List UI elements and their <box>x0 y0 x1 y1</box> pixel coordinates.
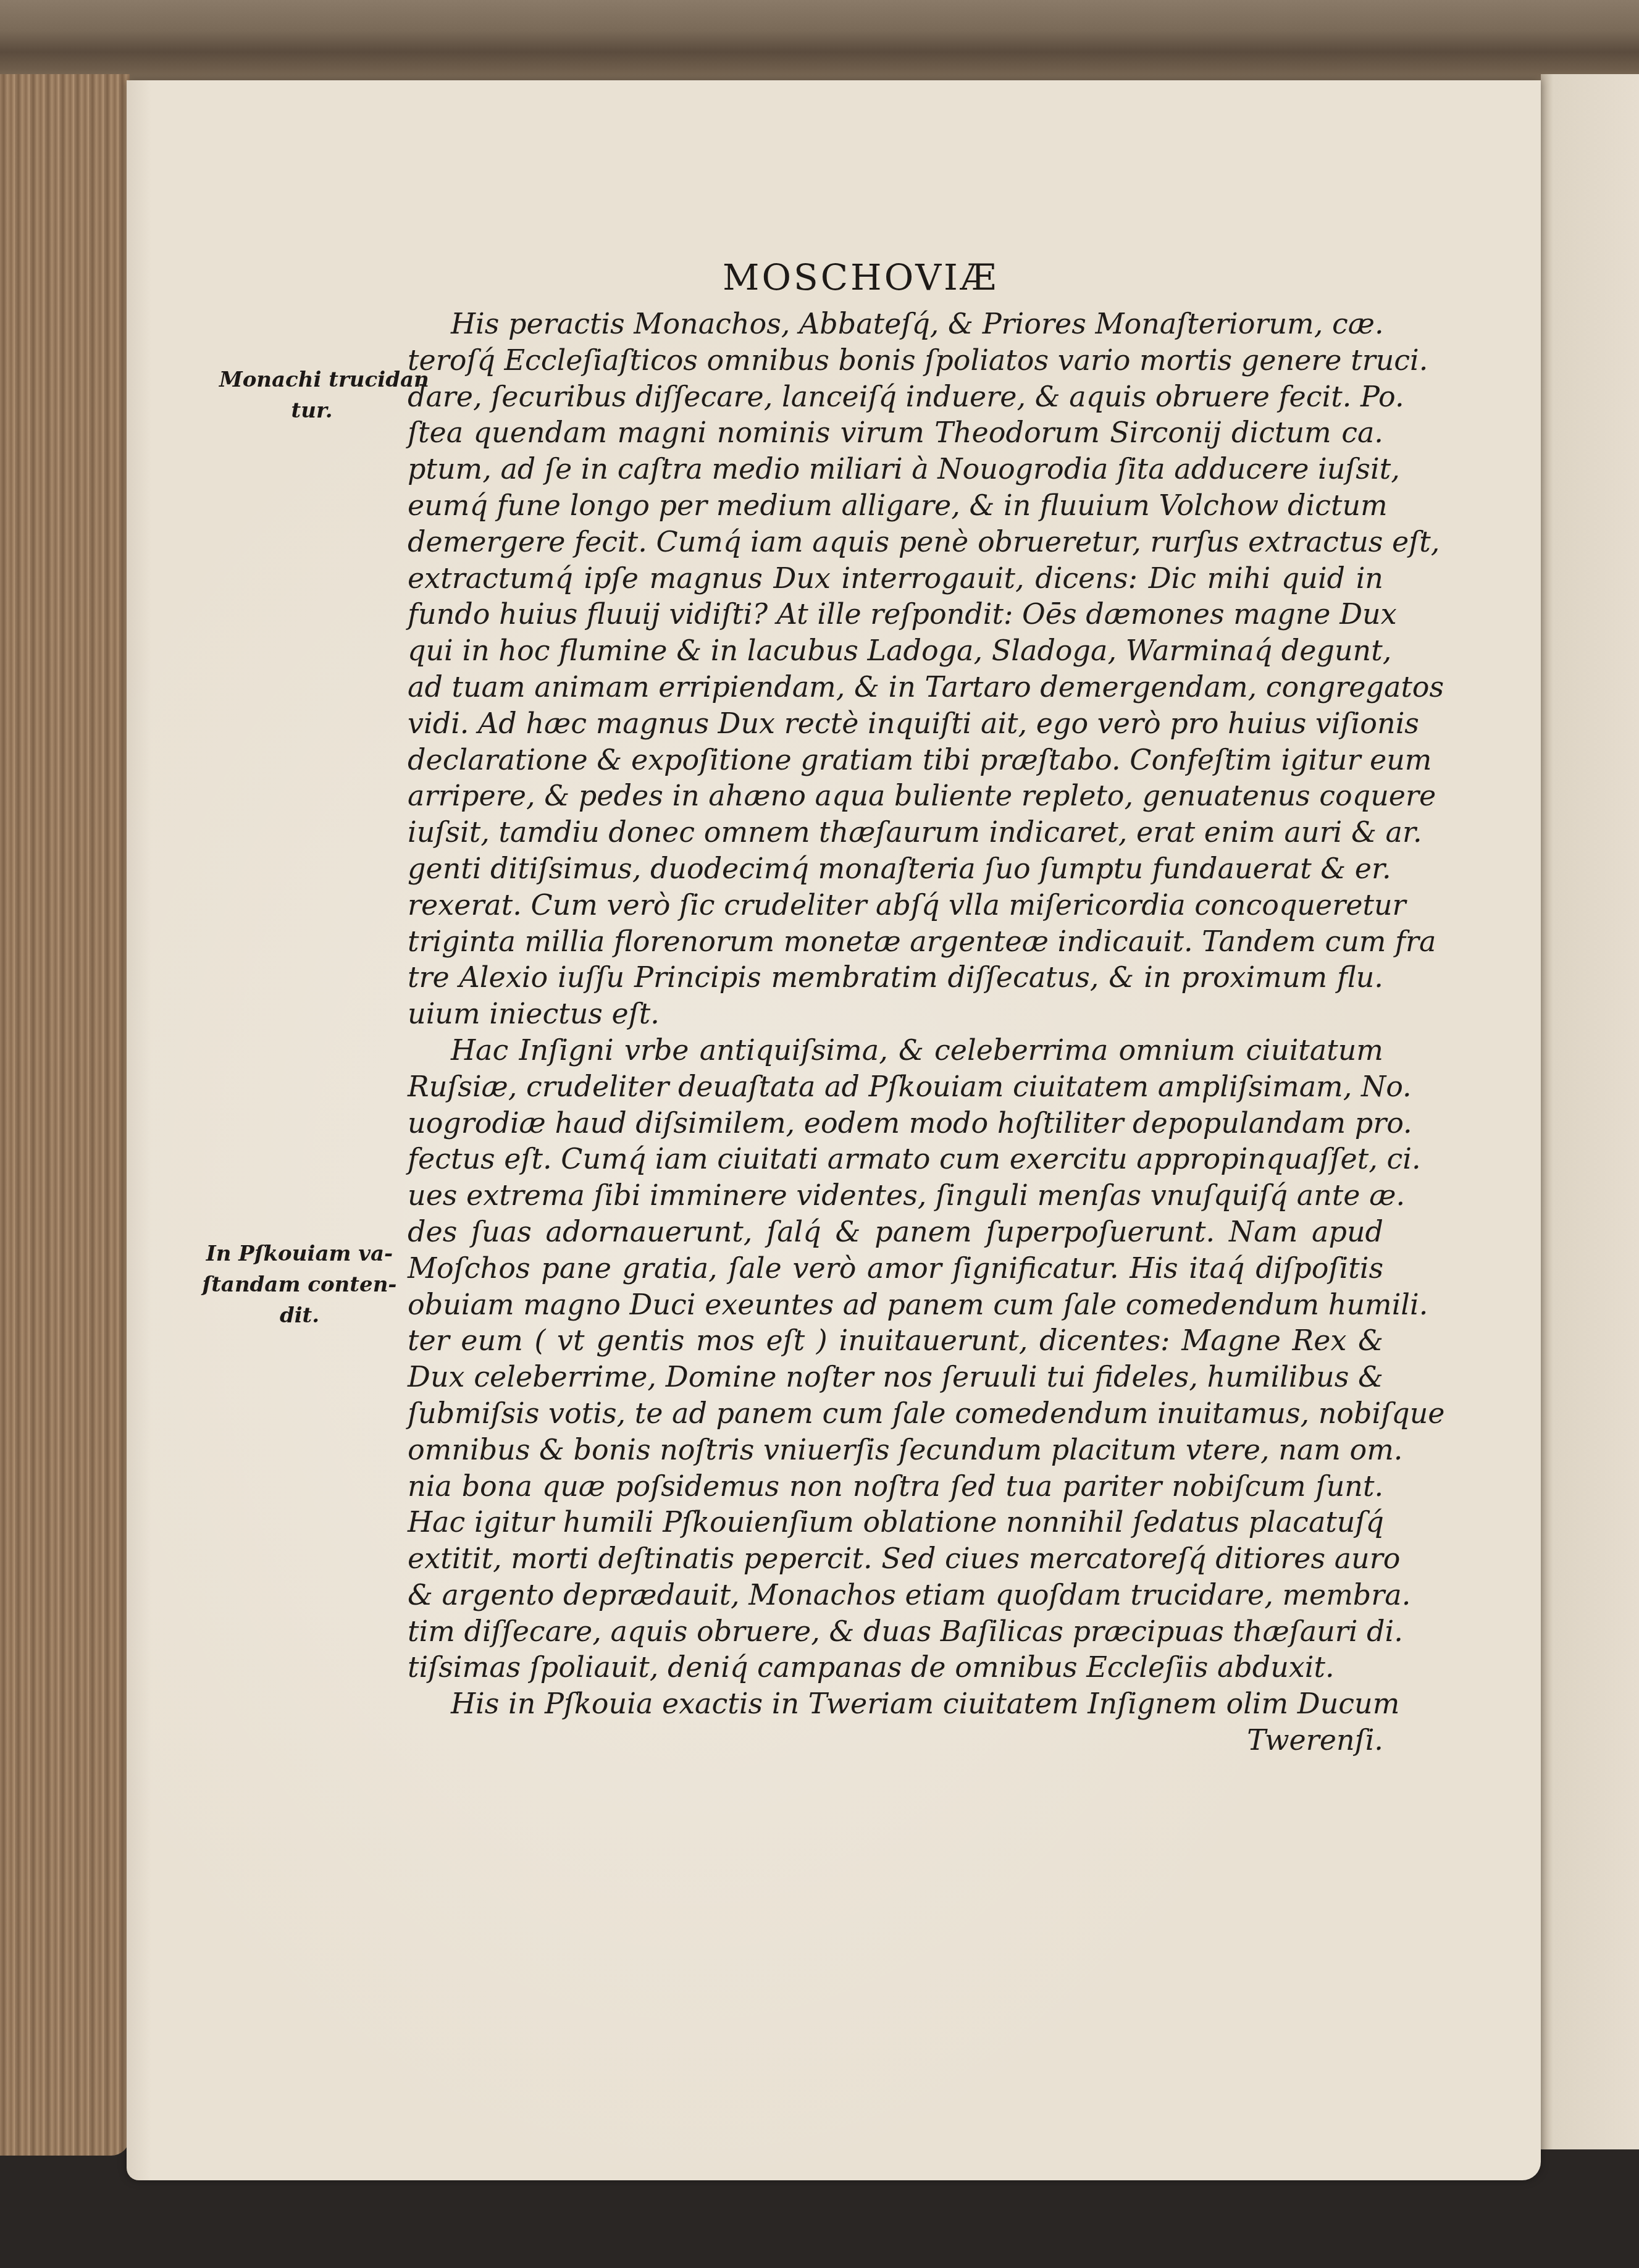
text-line: teroſq́ Eccleſiaſticos omnibus bonis ſpo… <box>408 342 1383 379</box>
text-line: rexerat. Cum verò ſic crudeliter abſq́ v… <box>408 887 1383 923</box>
text-line: demergere fecit. Cumq́ iam aquis penè ob… <box>408 524 1383 560</box>
text-line: tiſsimas ſpoliauit, deniq́ campanas de o… <box>408 1649 1383 1686</box>
text-line: genti ditiſsimus, duodecimq́ monaſteria … <box>408 850 1383 887</box>
text-line: eumq́ fune longo per medium alligare, & … <box>408 487 1383 524</box>
text-line: arripere, & pedes in ahæno aqua buliente… <box>408 778 1383 814</box>
text-line: qui in hoc flumine & in lacubus Ladoga, … <box>408 632 1383 669</box>
text-line: obuiam magno Duci exeuntes ad panem cum … <box>408 1287 1383 1323</box>
text-line: fundo huius fluuij vidiſti? At ille reſp… <box>408 596 1383 632</box>
text-line: omnibus & bonis noſtris vniuerſis ſecund… <box>408 1432 1383 1468</box>
text-line: Moſchos pane gratia, ſale verò amor ſign… <box>408 1250 1383 1287</box>
body-text: His peractis Monachos, Abbateſq́, & Prio… <box>408 306 1383 1758</box>
book-cover-top <box>0 0 1639 86</box>
text-line: Hac igitur humili Pſkouienſium oblatione… <box>408 1504 1383 1540</box>
text-line: & argento deprædauit, Monachos etiam quo… <box>408 1577 1383 1613</box>
marginal-note-line: In Pſkouiam va- <box>201 1238 398 1269</box>
marginal-note-pskouiam: In Pſkouiam va- ſtandam conten- dit. <box>201 1238 398 1331</box>
text-line: vidi. Ad hæc magnus Dux rectè inquiſti a… <box>408 705 1383 742</box>
text-line: His peractis Monachos, Abbateſq́, & Prio… <box>408 306 1383 342</box>
facing-page-edge <box>1541 74 1639 2149</box>
text-line: extitit, morti deſtinatis pepercit. Sed … <box>408 1540 1383 1577</box>
text-line: fectus eſt. Cumq́ iam ciuitati armato cu… <box>408 1141 1383 1177</box>
text-line: Dux celeberrime, Domine noſter nos ſeruu… <box>408 1359 1383 1395</box>
text-line: dare, ſecuribus diſſecare, lanceiſq́ ind… <box>408 379 1383 415</box>
text-line: Hac Inſigni vrbe antiquiſsima, & celeber… <box>408 1032 1383 1069</box>
text-line: ues extrema ſibi imminere videntes, ſing… <box>408 1177 1383 1214</box>
running-head: MOSCHOVIÆ <box>723 256 1093 298</box>
text-line: uium iniectus eſt. <box>408 996 1383 1032</box>
text-line: ſtea quendam magni nominis virum Theodor… <box>408 414 1383 451</box>
text-line: declaratione & expoſitione gratiam tibi … <box>408 742 1383 778</box>
text-line: tre Alexio iuſſu Principis membratim diſ… <box>408 959 1383 996</box>
text-line: tim diſſecare, aquis obruere, & duas Baſ… <box>408 1613 1383 1650</box>
text-line: extractumq́ ipſe magnus Dux interrogauit… <box>408 560 1383 597</box>
marginal-note-line: tur. <box>219 395 405 426</box>
text-line: triginta millia florenorum monetæ argent… <box>408 923 1383 960</box>
marginal-note-monachi: Monachi trucidan tur. <box>219 364 405 426</box>
marginal-note-line: ſtandam conten- <box>201 1269 398 1300</box>
marginal-note-line: dit. <box>201 1300 398 1331</box>
marginal-note-line: Monachi trucidan <box>219 364 405 395</box>
text-line: Ruſsiæ, crudeliter deuaſtata ad Pſkouiam… <box>408 1069 1383 1105</box>
text-line: ter eum ( vt gentis mos eſt ) inuitaueru… <box>408 1322 1383 1359</box>
text-line: ptum, ad ſe in caſtra medio miliari à No… <box>408 451 1383 487</box>
text-line: iuſsit, tamdiu donec omnem thæſaurum ind… <box>408 814 1383 850</box>
text-line: His in Pſkouia exactis in Tweriam ciuita… <box>408 1686 1383 1722</box>
text-line: nia bona quæ poſsidemus non noſtra ſed t… <box>408 1468 1383 1505</box>
text-line: des ſuas adornauerunt, ſalq́ & panem ſup… <box>408 1214 1383 1250</box>
catchword: Twerenſi. <box>408 1722 1383 1758</box>
text-line: ad tuam animam erripiendam, & in Tartaro… <box>408 669 1383 705</box>
page-edges-stack <box>0 74 130 2156</box>
text-line: uogrodiæ haud diſsimilem, eodem modo hoſ… <box>408 1105 1383 1141</box>
text-line: ſubmiſsis votis, te ad panem cum ſale co… <box>408 1395 1383 1432</box>
